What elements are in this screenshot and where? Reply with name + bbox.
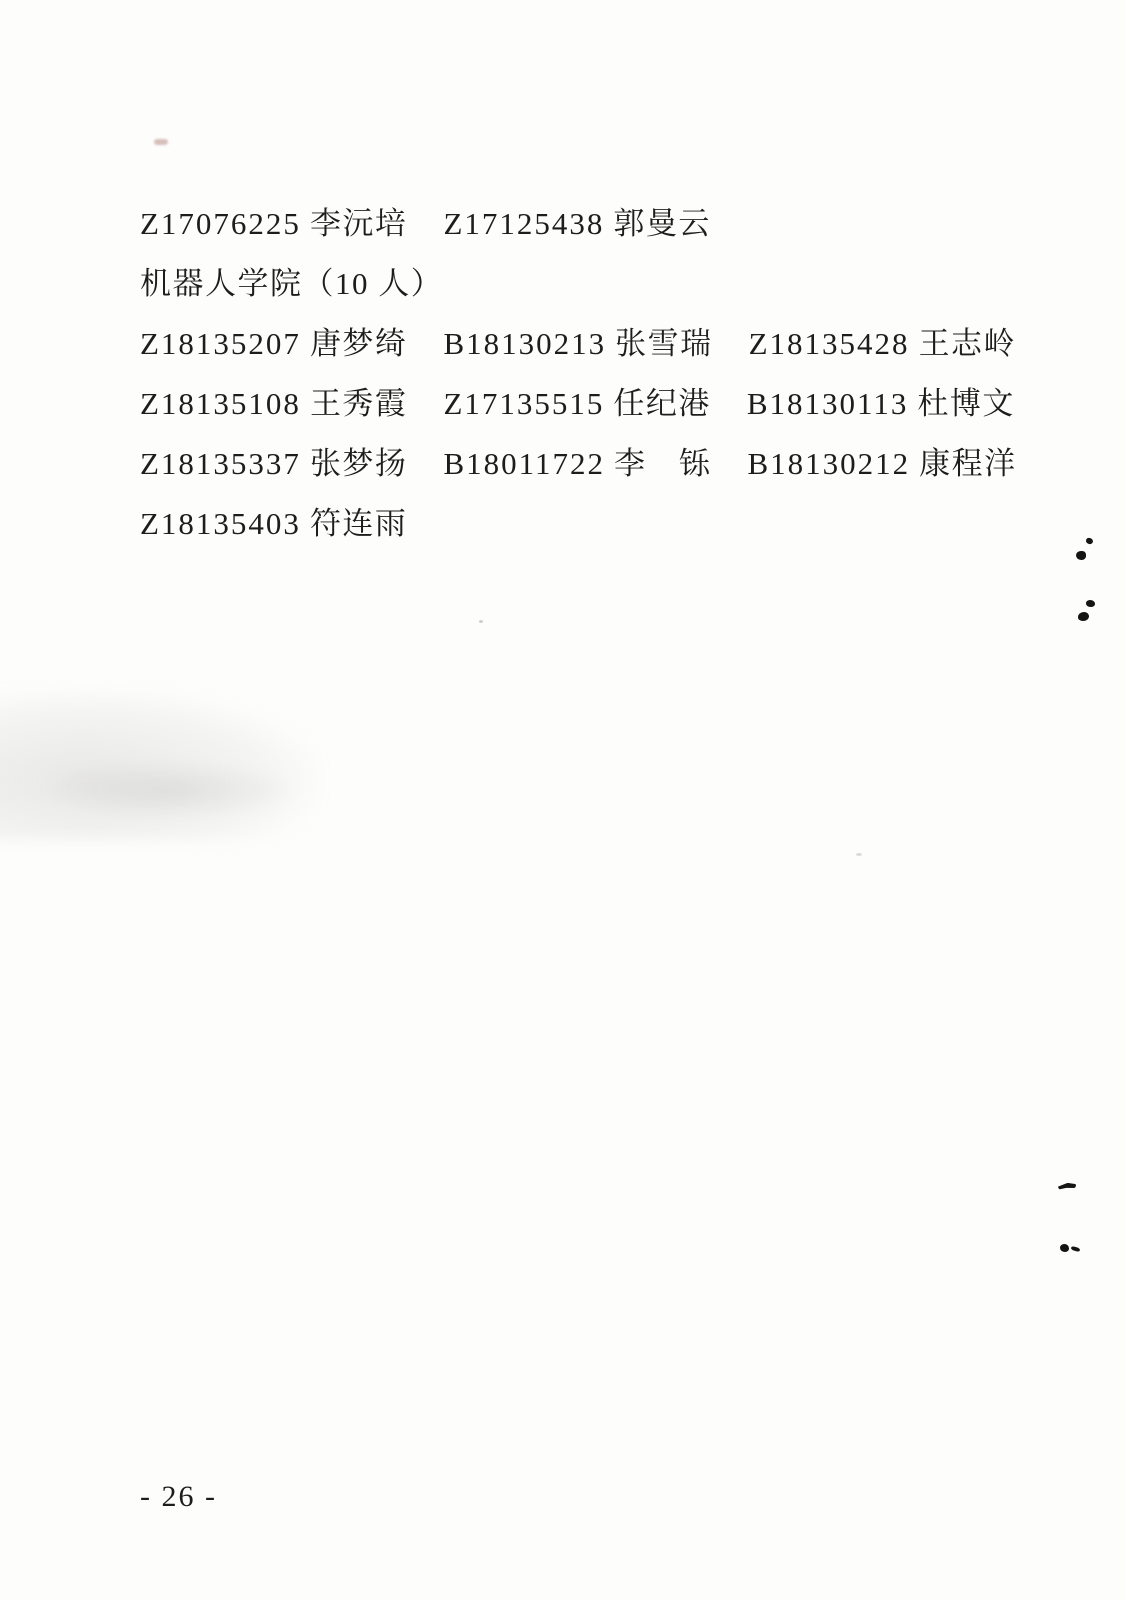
student-entry: B18130213 张雪瑞 xyxy=(443,318,712,363)
student-name: 郭曼云 xyxy=(613,198,711,243)
student-id: B18130113 xyxy=(747,386,909,422)
student-name: 唐梦绮 xyxy=(310,318,408,363)
ink-speck xyxy=(479,620,483,623)
page-number: - 26 - xyxy=(140,1480,217,1514)
student-id: Z18135207 xyxy=(140,326,301,362)
student-name: 张梦扬 xyxy=(310,438,408,483)
ink-speck xyxy=(1071,1246,1081,1253)
student-id: Z18135337 xyxy=(140,446,301,482)
student-entry: B18130113 杜博文 xyxy=(747,378,1015,423)
student-id: B18011722 xyxy=(443,446,605,482)
student-entry: B18130212 康程洋 xyxy=(747,438,1016,483)
ink-speck xyxy=(1058,1182,1077,1190)
student-id: Z18135428 xyxy=(749,326,910,362)
student-line: Z18135108 王秀霞 Z17135515 任纪港 B18130113 杜博… xyxy=(140,370,1000,430)
student-name: 符连雨 xyxy=(310,498,408,543)
section-heading-line: 机器人学院（10 人） xyxy=(140,250,1000,310)
student-entry: Z18135403 符连雨 xyxy=(140,498,407,543)
student-entry: B18011722 李 铄 xyxy=(443,438,711,483)
student-name: 杜博文 xyxy=(917,378,1015,423)
ink-speck xyxy=(856,853,862,856)
student-line: Z18135337 张梦扬 B18011722 李 铄 B18130212 康程… xyxy=(140,430,1000,490)
student-entry: Z18135337 张梦扬 xyxy=(140,438,407,483)
student-entry: Z17135515 任纪港 xyxy=(443,378,710,423)
student-name: 王志岭 xyxy=(919,318,1017,363)
student-entry: Z18135108 王秀霞 xyxy=(140,378,407,423)
ink-speck xyxy=(1060,1244,1069,1252)
student-id: Z17125438 xyxy=(443,206,604,242)
ink-smudge xyxy=(154,139,168,145)
scan-smudge xyxy=(40,760,300,820)
student-entry: Z17125438 郭曼云 xyxy=(443,198,710,243)
student-id: Z18135403 xyxy=(140,506,301,542)
student-entry: Z18135207 唐梦绮 xyxy=(140,318,407,363)
student-list: Z17076225 李沅培 Z17125438 郭曼云 机器人学院（10 人） … xyxy=(140,190,1000,550)
student-entry: Z17076225 李沅培 xyxy=(140,198,407,243)
student-name: 张雪瑞 xyxy=(615,318,713,363)
scanned-document-page: Z17076225 李沅培 Z17125438 郭曼云 机器人学院（10 人） … xyxy=(0,0,1125,1600)
student-name: 李沅培 xyxy=(310,198,408,243)
student-line: Z18135207 唐梦绮 B18130213 张雪瑞 Z18135428 王志… xyxy=(140,310,1000,370)
student-id: Z17135515 xyxy=(443,386,604,422)
ink-speck xyxy=(1086,600,1095,607)
student-name: 康程洋 xyxy=(919,438,1017,483)
ink-speck xyxy=(1078,612,1089,621)
student-id: B18130212 xyxy=(747,446,910,482)
student-name: 王秀霞 xyxy=(310,378,408,423)
student-name: 任纪港 xyxy=(613,378,711,423)
student-id: Z18135108 xyxy=(140,386,301,422)
student-line: Z18135403 符连雨 xyxy=(140,490,1000,550)
ink-speck xyxy=(1076,551,1086,560)
student-line: Z17076225 李沅培 Z17125438 郭曼云 xyxy=(140,190,1000,250)
student-id: B18130213 xyxy=(443,326,606,362)
section-heading: 机器人学院（10 人） xyxy=(140,258,443,303)
student-entry: Z18135428 王志岭 xyxy=(749,318,1016,363)
student-id: Z17076225 xyxy=(140,206,301,242)
ink-speck xyxy=(1085,537,1093,545)
student-name: 李 铄 xyxy=(614,438,712,483)
